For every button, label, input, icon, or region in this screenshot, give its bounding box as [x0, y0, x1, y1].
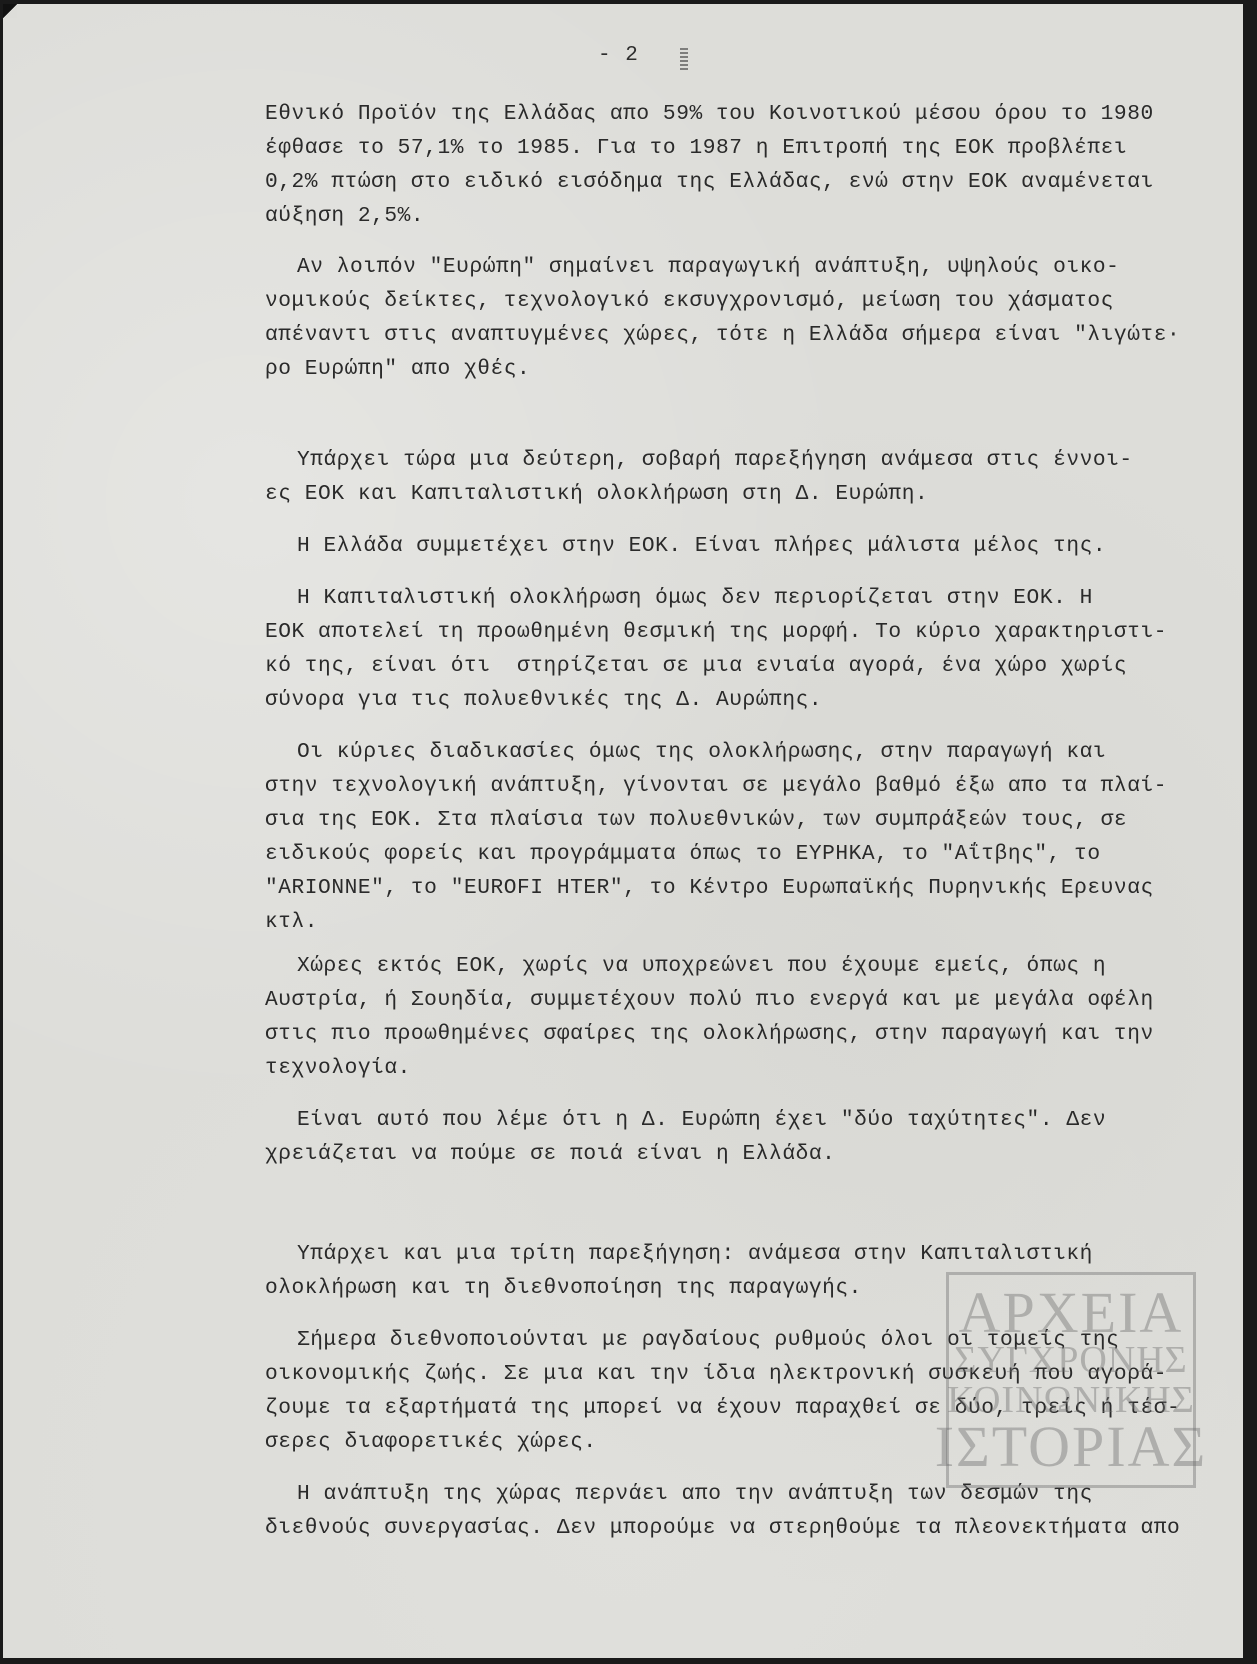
text-line: σια της ΕΟΚ. Στα πλαίσια των πολυεθνικών…	[265, 808, 1127, 832]
text-line: Η Καπιταλιστική ολοκλήρωση όμως δεν περι…	[297, 586, 1093, 610]
text-line: ρο Ευρώπη" απο χθές.	[265, 357, 530, 381]
text-line: 0,2% πτώση στο ειδικό εισόδημα της Ελλάδ…	[265, 170, 1154, 194]
text-line: Υπάρχει τώρα μια δεύτερη, σοβαρή παρεξήγ…	[297, 448, 1133, 472]
text-line: κτλ.	[265, 910, 318, 934]
text-line: στην τεχνολογική ανάπτυξη, γίνονται σε μ…	[265, 774, 1167, 798]
text-line: απέναντι στις αναπτυγμένες χώρες, τότε η…	[265, 323, 1180, 347]
text-line: Αυστρία, ή Σουηδία, συμμετέχουν πολύ πιο…	[265, 988, 1154, 1012]
page-corner-fold	[3, 4, 17, 18]
text-line: τεχνολογία.	[265, 1056, 411, 1080]
text-line: διεθνούς συνεργασίας. Δεν μπορούμε να στ…	[265, 1516, 1180, 1540]
text-line: ες ΕΟΚ και Καπιταλιστική ολοκλήρωση στη …	[265, 482, 928, 506]
text-line: Η Ελλάδα συμμετέχει στην ΕΟΚ. Είναι πλήρ…	[297, 534, 1106, 558]
page-number-mark	[680, 48, 688, 70]
text-line: Σήμερα διεθνοποιούνται με ραγδαίους ρυθμ…	[297, 1328, 1119, 1352]
watermark-line: ΙΣΤΟΡΙΑΣ	[935, 1420, 1208, 1474]
text-line: ζουμε τα εξαρτήματά της μπορεί να έχουν …	[265, 1396, 1180, 1420]
text-line: Η ανάπτυξη της χώρας περνάει απο την ανά…	[297, 1482, 1093, 1506]
text-line: Eθνικό Προϊόν της Ελλάδας απο 59% του Κο…	[265, 102, 1154, 126]
text-line: σερες διαφορετικές χώρες.	[265, 1430, 597, 1454]
document-page: - 2 Eθνικό Προϊόν της Ελλάδας απο 59% το…	[3, 4, 1243, 1658]
text-line: Οι κύριες διαδικασίες όμως της ολοκλήρωσ…	[297, 740, 1106, 764]
text-line: Χώρες εκτός ΕΟΚ, χωρίς να υποχρεώνει που…	[297, 954, 1106, 978]
text-line: ολοκλήρωση και τη διεθνοποίηση της παραγ…	[265, 1276, 862, 1300]
text-line: "ARIONNE", το "EUROFI HTER", το Κέντρο Ε…	[265, 876, 1154, 900]
text-line: οικονομικής ζωής. Σε μια και την ίδια ηλ…	[265, 1362, 1167, 1386]
text-line: ΕΟΚ αποτελεί τη προωθημένη θεσμική της μ…	[265, 620, 1167, 644]
text-line: Αν λοιπόν "Ευρώπη" σημαίνει παραγωγική α…	[297, 255, 1119, 279]
text-line: χρειάζεται να πούμε σε ποιά είναι η Ελλά…	[265, 1142, 835, 1166]
text-line: στις πιο προωθημένες σφαίρες της ολοκλήρ…	[265, 1022, 1154, 1046]
text-line: Υπάρχει και μια τρίτη παρεξήγηση: ανάμεσ…	[297, 1242, 1093, 1266]
text-line: ειδικούς φορείς και προγράμματα όπως το …	[265, 842, 1101, 866]
text-line: Είναι αυτό που λέμε ότι η Δ. Ευρώπη έχει…	[297, 1108, 1106, 1132]
text-line: σύνορα για τις πολυεθνικές της Δ. Αυρώπη…	[265, 688, 822, 712]
text-line: νομικούς δείκτες, τεχνολογικό εκσυγχρονι…	[265, 289, 1114, 313]
text-line: κό της, είναι ότι στηρίζεται σε μια ενια…	[265, 654, 1127, 678]
text-line: αύξηση 2,5%.	[265, 204, 424, 228]
page-number: - 2	[598, 44, 639, 67]
text-line: έφθασε το 57,1% το 1985. Για το 1987 η Ε…	[265, 136, 1127, 160]
